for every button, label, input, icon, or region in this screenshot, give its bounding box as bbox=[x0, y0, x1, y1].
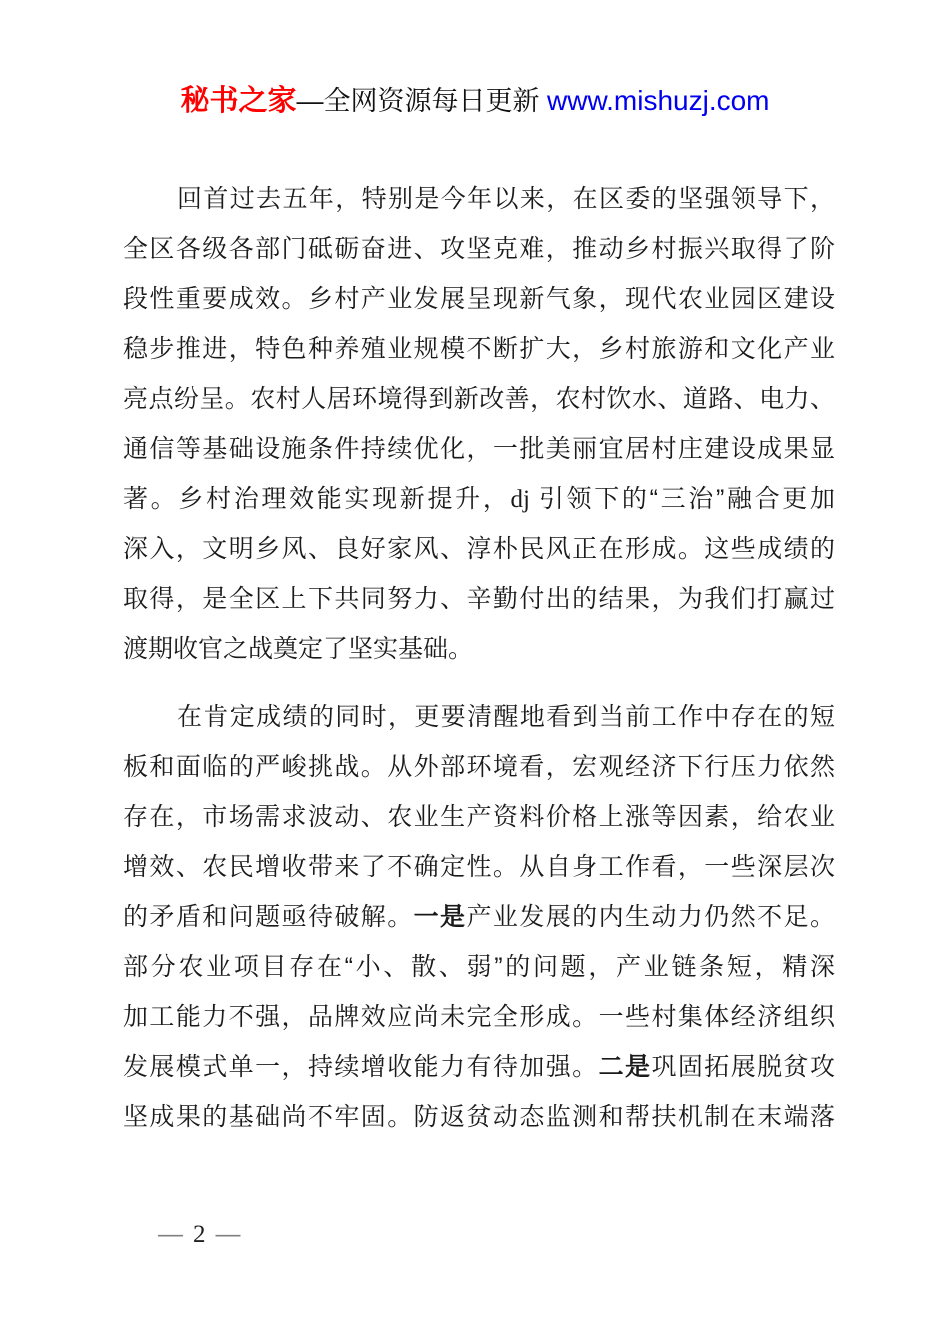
text-run: dj bbox=[511, 486, 539, 513]
text-run: 通信等基础设施条件持续优化，一批美丽宜居村庄建设成果显 bbox=[123, 435, 835, 463]
text-line: 段性重要成效。乡村产业发展呈现新气象，现代农业园区建设 bbox=[123, 274, 835, 324]
page-number: 2 bbox=[193, 1221, 206, 1248]
text-run: 取得，是全区上下共同努力、辛勤付出的结果，为我们打赢过 bbox=[123, 585, 835, 613]
text-run: 增效、农民增收带来了不确定性。从自身工作看，一些深层次 bbox=[123, 853, 835, 881]
text-line: 渡期收官之战奠定了坚实基础。 bbox=[123, 624, 835, 674]
text-run: 段性重要成效。乡村产业发展呈现新气象，现代农业园区建设 bbox=[123, 285, 835, 313]
text-line: 发展模式单一，持续增收能力有待加强。二是巩固拓展脱贫攻 bbox=[123, 1042, 835, 1092]
site-tagline: —全网资源每日更新 bbox=[297, 86, 548, 116]
text-run: 加工能力不强，品牌效应尚未完全形成。一些村集体经济组织 bbox=[123, 1003, 835, 1031]
paragraph-2: 在肯定成绩的同时，更要清醒地看到当前工作中存在的短板和面临的严峻挑战。从外部环境… bbox=[123, 692, 835, 1142]
text-run: 产业发展的内生动力仍然不足。 bbox=[466, 903, 834, 931]
text-run: 坚成果的基础尚不牢固。防返贫动态监测和帮扶机制在末端落 bbox=[123, 1103, 835, 1131]
page-number-dash-right: — bbox=[216, 1220, 241, 1248]
text-line: 板和面临的严峻挑战。从外部环境看，宏观经济下行压力依然 bbox=[123, 742, 835, 792]
text-line: 稳步推进，特色种养殖业规模不断扩大，乡村旅游和文化产业 bbox=[123, 324, 835, 374]
text-run: 著。乡村治理效能实现新提升， bbox=[123, 485, 511, 513]
text-line: 加工能力不强，品牌效应尚未完全形成。一些村集体经济组织 bbox=[123, 992, 835, 1042]
text-run: 亮点纷呈。农村人居环境得到新改善，农村饮水、道路、电力、 bbox=[123, 385, 835, 413]
text-run: 部分农业项目存在“小、散、弱”的问题，产业链条短，精深 bbox=[123, 953, 835, 981]
page-number-dash-left: — bbox=[158, 1220, 183, 1248]
text-run: 发展模式单一，持续增收能力有待加强。 bbox=[123, 1053, 599, 1081]
text-line: 全区各级各部门砥砺奋进、攻坚克难，推动乡村振兴取得了阶 bbox=[123, 224, 835, 274]
text-line: 在肯定成绩的同时，更要清醒地看到当前工作中存在的短 bbox=[123, 692, 835, 742]
text-line: 深入，文明乡风、良好家风、淳朴民风正在形成。这些成绩的 bbox=[123, 524, 835, 574]
site-url-link[interactable]: www.mishuzj.com bbox=[547, 85, 769, 116]
text-line: 通信等基础设施条件持续优化，一批美丽宜居村庄建设成果显 bbox=[123, 424, 835, 474]
text-line: 的矛盾和问题亟待破解。一是产业发展的内生动力仍然不足。 bbox=[123, 892, 835, 942]
text-run: 的矛盾和问题亟待破解。 bbox=[123, 903, 414, 931]
text-run: 回首过去五年，特别是今年以来，在区委的坚强领导下， bbox=[177, 185, 835, 213]
paragraph-1: 回首过去五年，特别是今年以来，在区委的坚强领导下，全区各级各部门砥砺奋进、攻坚克… bbox=[123, 174, 835, 674]
text-run: 引领下的“三治”融合更加 bbox=[539, 485, 835, 513]
text-line: 亮点纷呈。农村人居环境得到新改善，农村饮水、道路、电力、 bbox=[123, 374, 835, 424]
text-run: 渡期收官之战奠定了坚实基础。 bbox=[123, 635, 473, 663]
text-line: 增效、农民增收带来了不确定性。从自身工作看，一些深层次 bbox=[123, 842, 835, 892]
text-line: 部分农业项目存在“小、散、弱”的问题，产业链条短，精深 bbox=[123, 942, 835, 992]
page-footer: —2— bbox=[158, 1220, 241, 1249]
emphasis-text-run: 一是 bbox=[414, 903, 467, 931]
text-line: 存在，市场需求波动、农业生产资料价格上涨等因素，给农业 bbox=[123, 792, 835, 842]
site-brand: 秘书之家 bbox=[180, 85, 296, 117]
text-run: 巩固拓展脱贫攻 bbox=[651, 1053, 835, 1081]
text-run: 稳步推进，特色种养殖业规模不断扩大，乡村旅游和文化产业 bbox=[123, 335, 835, 363]
text-run: 全区各级各部门砥砺奋进、攻坚克难，推动乡村振兴取得了阶 bbox=[123, 235, 835, 263]
page-header: 秘书之家—全网资源每日更新 www.mishuzj.com bbox=[0, 84, 950, 118]
document-page: 秘书之家—全网资源每日更新 www.mishuzj.com 回首过去五年，特别是… bbox=[0, 0, 950, 1344]
text-line: 回首过去五年，特别是今年以来，在区委的坚强领导下， bbox=[123, 174, 835, 224]
text-run: 在肯定成绩的同时，更要清醒地看到当前工作中存在的短 bbox=[177, 703, 835, 731]
emphasis-text-run: 二是 bbox=[599, 1053, 652, 1081]
text-line: 取得，是全区上下共同努力、辛勤付出的结果，为我们打赢过 bbox=[123, 574, 835, 624]
text-line: 坚成果的基础尚不牢固。防返贫动态监测和帮扶机制在末端落 bbox=[123, 1092, 835, 1142]
text-line: 著。乡村治理效能实现新提升，dj 引领下的“三治”融合更加 bbox=[123, 474, 835, 524]
text-run: 深入，文明乡风、良好家风、淳朴民风正在形成。这些成绩的 bbox=[123, 535, 835, 563]
document-body: 回首过去五年，特别是今年以来，在区委的坚强领导下，全区各级各部门砥砺奋进、攻坚克… bbox=[123, 174, 835, 1142]
text-run: 板和面临的严峻挑战。从外部环境看，宏观经济下行压力依然 bbox=[123, 753, 835, 781]
text-run: 存在，市场需求波动、农业生产资料价格上涨等因素，给农业 bbox=[123, 803, 835, 831]
